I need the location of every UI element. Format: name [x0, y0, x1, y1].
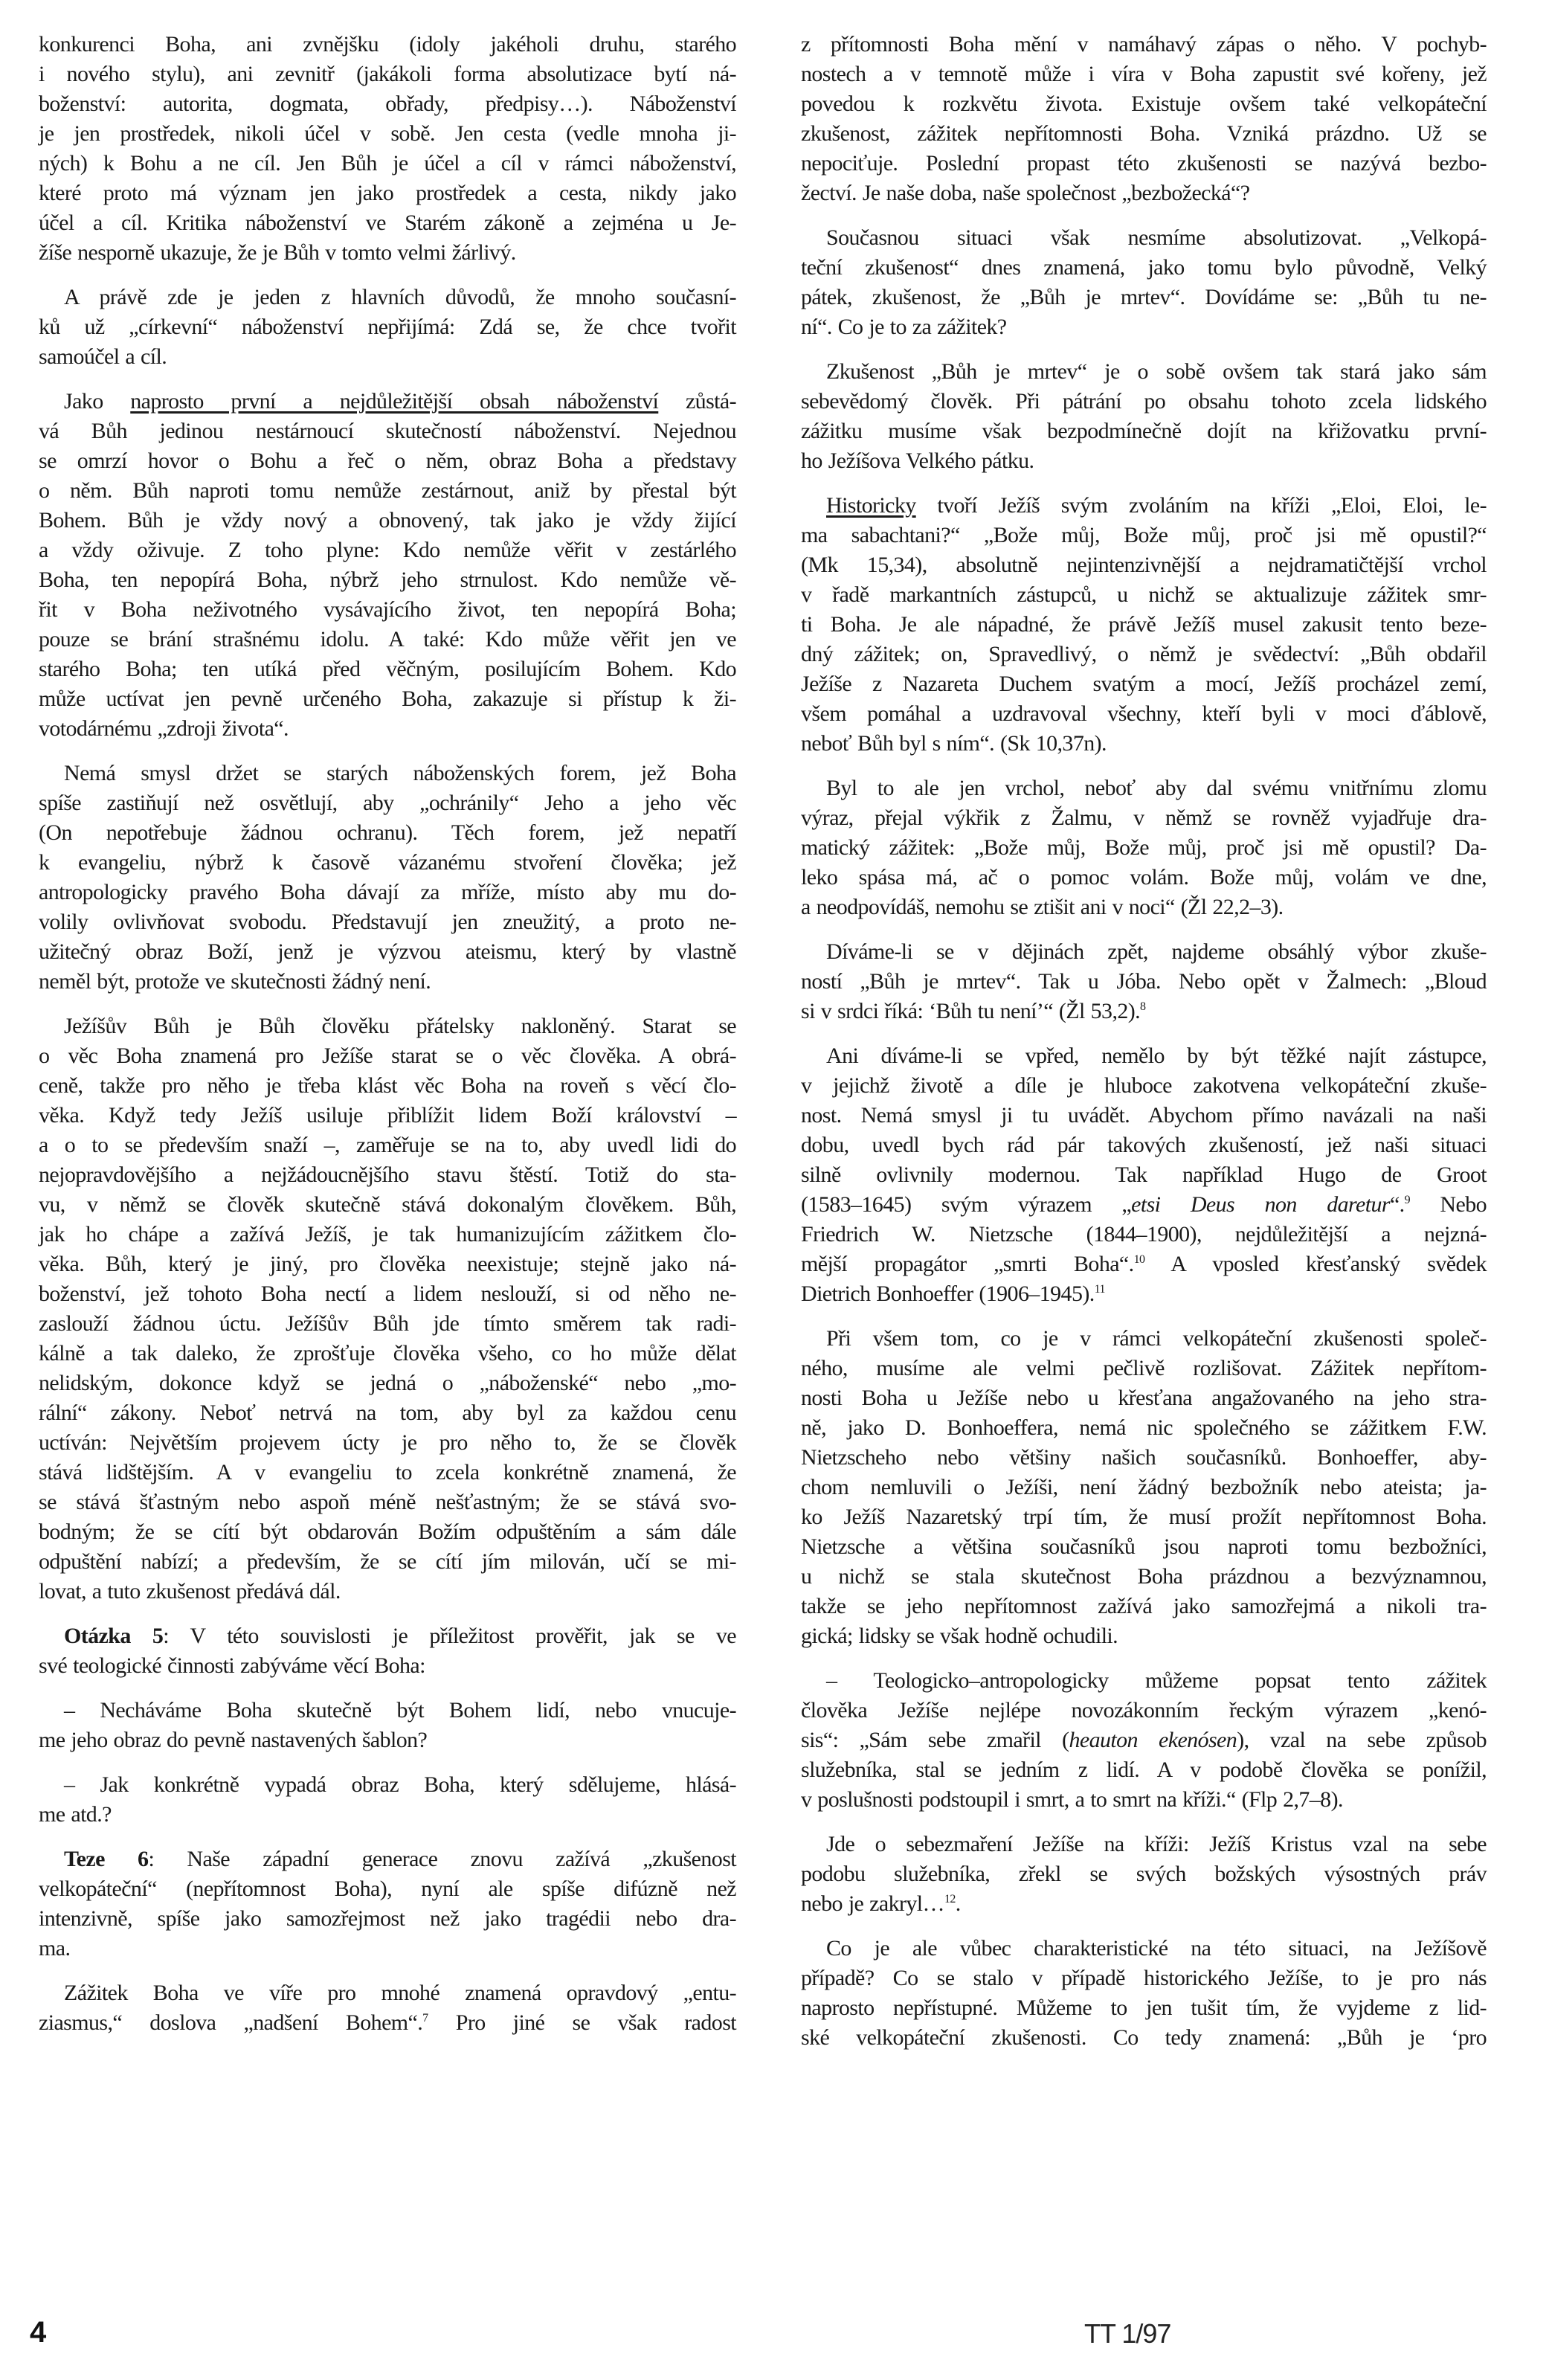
text-line: a o to se především snaží –, zaměřuje se…: [39, 1130, 736, 1160]
text-run: zůstá-: [658, 389, 736, 414]
text-line: z přítomnosti Boha mění v namáhavý zápas…: [801, 30, 1487, 59]
paragraph: Zážitek Boha ve víře pro mnohé znamená o…: [39, 1978, 736, 2038]
text-line: vu, v němž se člověk skutečně stává doko…: [39, 1190, 736, 1220]
text-line: ziasmus,“ doslova „nadšení Bohem“.7 Pro …: [39, 2008, 736, 2038]
text-line: výraz, přejal výkřik z Žalmu, v němž se …: [801, 803, 1487, 833]
paragraph: Byl to ale jen vrchol, neboť aby dal své…: [801, 773, 1487, 922]
text-line: ma.: [39, 1934, 736, 1963]
text-line: účel a cíl. Kritika náboženství ve Staré…: [39, 208, 736, 238]
text-line: nost. Nemá smysl ji tu uvádět. Abychom p…: [801, 1101, 1487, 1130]
text-run: .: [956, 1891, 961, 1916]
text-line: Ježíše z Nazareta Duchem svatým a mocí, …: [801, 669, 1487, 699]
text-line: nebo je zakryl…12.: [801, 1889, 1487, 1919]
text-line: nepociťuje. Poslední propast této zkušen…: [801, 149, 1487, 178]
text-line: jak ho chápe a zažívá Ježíš, je tak huma…: [39, 1220, 736, 1249]
text-line: případě? Co se stalo v případě historick…: [801, 1963, 1487, 1993]
text-line: spíše zastiňují než osvětlují, aby „ochr…: [39, 788, 736, 818]
text-line: neměl být, protože ve skutečnosti žádný …: [39, 967, 736, 997]
right-column: z přítomnosti Boha mění v namáhavý zápas…: [801, 30, 1487, 2068]
text-line: starého Boha; ten utíká před věčným, pos…: [39, 654, 736, 684]
text-line: kálně a tak daleko, že zprošťuje člověka…: [39, 1339, 736, 1368]
text-line: se omrzí hovor o Bohu a řeč o něm, obraz…: [39, 446, 736, 476]
text-line: votodárnému „zdroji života“.: [39, 714, 736, 744]
text-line: (On nepotřebuje žádnou ochranu). Těch fo…: [39, 818, 736, 848]
paragraph: konkurenci Boha, ani zvnějšku (idoly jak…: [39, 30, 736, 268]
paragraph: z přítomnosti Boha mění v namáhavý zápas…: [801, 30, 1487, 208]
paragraph: Nemá smysl držet se starých náboženských…: [39, 759, 736, 997]
paragraph: A právě zde je jeden z hlavních důvodů, …: [39, 283, 736, 372]
text-line: antropologicky pravého Boha dávají za mř…: [39, 878, 736, 907]
text-line: ko Ježíš Nazaretský trpí tím, že musí pr…: [801, 1502, 1487, 1532]
text-line: uctíván: Největším projevem úcty je pro …: [39, 1428, 736, 1458]
text-line: k evangeliu, nýbrž k časově vázanému stv…: [39, 848, 736, 878]
text-line: Zkušenost „Bůh je mrtev“ je o sobě ovšem…: [801, 357, 1487, 387]
text-line: je jen prostředek, nikoli účel v sobě. J…: [39, 119, 736, 149]
question-paragraph: Otázka 5: V této souvislosti je příležit…: [39, 1621, 736, 1681]
text-line: zážitku musíme však bezpodmínečně dojít …: [801, 416, 1487, 446]
text-run: sis“: „Sám sebe zmařil (: [801, 1728, 1069, 1752]
text-run: ziasmus,“ doslova „nadšení Bohem“.: [39, 2010, 422, 2035]
text-line: Při všem tom, co je v rámci velkopáteční…: [801, 1324, 1487, 1354]
text-line: člověka Ježíše nejlépe novozákonním řeck…: [801, 1696, 1487, 1725]
text-run: tvoří Ježíš svým zvoláním na kříži „Eloi…: [916, 493, 1487, 518]
text-line: které proto má význam jen jako prostřede…: [39, 178, 736, 208]
text-line: (1583–1645) svým výrazem „etsi Deus non …: [801, 1190, 1487, 1220]
text-line: o něm. Bůh naproti tomu nemůže zestárnou…: [39, 476, 736, 506]
text-line: a neodpovídáš, nemohu se ztišit ani v no…: [801, 892, 1487, 922]
text-line: ně, jako D. Bonhoeffera, nemá nic společ…: [801, 1413, 1487, 1443]
text-line: mější propagátor „smrti Boha“.10 A vposl…: [801, 1249, 1487, 1279]
text-line: ného, musíme ale velmi pečlivě rozlišova…: [801, 1354, 1487, 1383]
text-line: boženství, jež tohoto Boha nectí a lidem…: [39, 1279, 736, 1309]
text-line: Současnou situaci však nesmíme absolutiz…: [801, 223, 1487, 253]
text-line: i nového stylu), ani zevnitř (jakákoli f…: [39, 59, 736, 89]
text-line: Jako naprosto první a nejdůležitější obs…: [39, 387, 736, 416]
text-line: své teologické činnosti zabýváme věcí Bo…: [39, 1651, 736, 1681]
footnote-ref: 8: [1140, 1000, 1145, 1013]
text-line: velkopáteční“ (nepřítomnost Boha), nyní …: [39, 1874, 736, 1904]
text-line: lovat, a tuto zkušenost předává dál.: [39, 1577, 736, 1606]
footnote-ref: 12: [944, 1893, 956, 1905]
latin-phrase: etsi Deus non daretur: [1131, 1192, 1390, 1217]
paragraph: Při všem tom, co je v rámci velkopáteční…: [801, 1324, 1487, 1651]
text-line: ných) k Bohu a ne cíl. Jen Bůh je účel a…: [39, 149, 736, 178]
footnote-ref: 9: [1405, 1194, 1410, 1206]
text-line: může uctívat jen pevně určeného Boha, za…: [39, 684, 736, 714]
text-line: nelidským, dokonce když se jedná o „nábo…: [39, 1368, 736, 1398]
paragraph: Jako naprosto první a nejdůležitější obs…: [39, 387, 736, 744]
text-line: sis“: „Sám sebe zmařil (heauton ekenósen…: [801, 1725, 1487, 1755]
text-line: bodným; že se cítí být obdarován Božím o…: [39, 1517, 736, 1547]
text-run: Jako: [64, 389, 130, 414]
text-line: ností „Bůh je mrtev“. Tak u Jóba. Nebo o…: [801, 967, 1487, 997]
text-line: Byl to ale jen vrchol, neboť aby dal své…: [801, 773, 1487, 803]
paragraph: Zkušenost „Bůh je mrtev“ je o sobě ovšem…: [801, 357, 1487, 476]
text-run: mější propagátor „smrti Boha“.: [801, 1252, 1134, 1276]
text-line: takže se jeho nepřítomnost zažívá jako s…: [801, 1592, 1487, 1621]
text-line: konkurenci Boha, ani zvnějšku (idoly jak…: [39, 30, 736, 59]
text-line: matický zážitek: „Bože můj, Bože můj, pr…: [801, 833, 1487, 863]
text-line: žíše nesporně ukazuje, že je Bůh v tomto…: [39, 238, 736, 268]
paragraph: – Teologicko–antropologicky můžeme popsa…: [801, 1666, 1487, 1815]
text-line: se stává šťastným nebo aspoň méně nešťas…: [39, 1487, 736, 1517]
text-line: Boha, ten nepopírá Boha, nýbrž jeho strn…: [39, 565, 736, 595]
text-line: služebníka, stal se jedním z lidí. A v p…: [801, 1755, 1487, 1785]
text-run: “.: [1390, 1192, 1405, 1217]
text-line: ma sabachtani?“ „Bože můj, Bože můj, pro…: [801, 521, 1487, 550]
text-line: Teze 6: Naše západní generace znovu zaží…: [39, 1844, 736, 1874]
text-line: ti Boha. Je ale nápadné, že právě Ježíš …: [801, 610, 1487, 640]
text-run: (1583–1645) svým výrazem „: [801, 1192, 1131, 1217]
text-line: u nichž se stala skutečnost Boha prázdno…: [801, 1562, 1487, 1592]
text-line: věka. Bůh, který je jiný, pro člověka ne…: [39, 1249, 736, 1279]
text-line: podobu služebníka, zřekl se svých božský…: [801, 1859, 1487, 1889]
text-line: (Mk 15,34), absolutně nejintenzivnější a…: [801, 550, 1487, 580]
text-line: povedou k rozkvětu života. Existuje ovše…: [801, 89, 1487, 119]
text-line: neboť Bůh byl s ním“. (Sk 10,37n).: [801, 729, 1487, 759]
text-run: Nebo: [1410, 1192, 1487, 1217]
text-line: užitečný obraz Boží, jenž je výzvou atei…: [39, 937, 736, 967]
text-line: si v srdci říká: ‘Bůh tu není’“ (Žl 53,2…: [801, 997, 1487, 1026]
text-line: Otázka 5: V této souvislosti je příležit…: [39, 1621, 736, 1651]
text-line: – Teologicko–antropologicky můžeme popsa…: [801, 1666, 1487, 1696]
text-line: teční zkušenost“ dnes znamená, jako tomu…: [801, 253, 1487, 283]
text-line: pátek, zkušenost, že „Bůh je mrtev“. Dov…: [801, 283, 1487, 312]
text-line: sebevědomý člověk. Při pátrání po obsahu…: [801, 387, 1487, 416]
text-line: v jejichž životě a díle je hluboce zakot…: [801, 1071, 1487, 1101]
paragraph: Současnou situaci však nesmíme absolutiz…: [801, 223, 1487, 342]
text-line: gická; lidsky se však hodně ochudili.: [801, 1621, 1487, 1651]
text-line: – Jak konkrétně vypadá obraz Boha, který…: [39, 1770, 736, 1800]
text-line: Bohem. Bůh je vždy nový a obnovený, tak …: [39, 506, 736, 535]
paragraph: Co je ale vůbec charakteristické na této…: [801, 1934, 1487, 2053]
text-line: zaslouží žádnou úctu. Ježíšův Bůh jde tí…: [39, 1309, 736, 1339]
text-line: rální“ zákony. Neboť netrvá na tom, aby …: [39, 1398, 736, 1428]
text-run: : V této souvislosti je příležitost prov…: [163, 1624, 736, 1648]
paragraph: Díváme-li se v dějinách zpět, najdeme ob…: [801, 937, 1487, 1026]
text-run: Dietrich Bonhoeffer (1906–1945).: [801, 1281, 1095, 1306]
thesis-paragraph: Teze 6: Naše západní generace znovu zaží…: [39, 1844, 736, 1963]
paragraph: Historicky tvoří Ježíš svým zvoláním na …: [801, 491, 1487, 759]
text-line: stává lidštějším. A v evangeliu to zcela…: [39, 1458, 736, 1487]
text-line: a vždy oživuje. Z toho plyne: Kdo nemůže…: [39, 535, 736, 565]
text-line: dobu, uvedl bych rád pár takových zkušen…: [801, 1130, 1487, 1160]
text-line: odpuštění nabízí; a především, že se cít…: [39, 1547, 736, 1577]
paragraph: – Jak konkrétně vypadá obraz Boha, který…: [39, 1770, 736, 1830]
text-line: Nietzscheho nebo většiny našich současní…: [801, 1443, 1487, 1473]
footnote-ref: 10: [1134, 1253, 1145, 1266]
question-label: Otázka 5: [64, 1624, 163, 1648]
text-line: v řadě markantních zástupců, u nichž se …: [801, 580, 1487, 610]
text-line: ské velkopáteční zkušenosti. Co tedy zna…: [801, 2023, 1487, 2053]
text-line: silně ovlivnily modernou. Tak například …: [801, 1160, 1487, 1190]
text-line: – Necháváme Boha skutečně být Bohem lidí…: [39, 1696, 736, 1725]
text-line: chom nemluvili o Ježíši, není žádný bezb…: [801, 1473, 1487, 1502]
underlined-word: Historicky: [826, 493, 916, 518]
page-number: 4: [30, 2315, 46, 2350]
text-line: ho Ježíšova Velkého pátku.: [801, 446, 1487, 476]
text-line: dný zážitek; on, Spravedlivý, o němž je …: [801, 640, 1487, 669]
text-line: Ježíšův Bůh je Bůh člověku přátelsky nak…: [39, 1011, 736, 1041]
text-line: samoúčel a cíl.: [39, 342, 736, 372]
text-line: Co je ale vůbec charakteristické na této…: [801, 1934, 1487, 1963]
text-line: Nietzsche a většina současníků jsou napr…: [801, 1532, 1487, 1562]
text-line: me jeho obraz do pevně nastavených šablo…: [39, 1725, 736, 1755]
text-run: nebo je zakryl…: [801, 1891, 944, 1916]
text-line: zkušenost, zážitek nepřítomnosti Boha. V…: [801, 119, 1487, 149]
left-column: konkurenci Boha, ani zvnějšku (idoly jak…: [39, 30, 736, 2053]
text-line: Friedrich W. Nietzsche (1844–1900), nejd…: [801, 1220, 1487, 1249]
footnote-ref: 7: [422, 2012, 428, 2024]
text-line: ceně, takže pro něho je třeba klást věc …: [39, 1071, 736, 1101]
text-line: nosti Boha u Ježíše nebo u křesťana anga…: [801, 1383, 1487, 1413]
text-line: řit v Boha neživotného vysávajícího živo…: [39, 595, 736, 625]
text-line: Jde o sebezmaření Ježíše na kříži: Ježíš…: [801, 1830, 1487, 1859]
text-line: pouze se brání strašnému idolu. A také: …: [39, 625, 736, 654]
text-line: všem pomáhal a uzdravoval všechny, kteří…: [801, 699, 1487, 729]
text-line: A právě zde je jeden z hlavních důvodů, …: [39, 283, 736, 312]
text-line: nejopravdovějšího a nejžádoucnějšího sta…: [39, 1160, 736, 1190]
text-line: Ani díváme-li se vpřed, nemělo by být tě…: [801, 1041, 1487, 1071]
issue-label: TT 1/97: [1084, 2318, 1170, 2350]
text-line: leko spása má, ač o pomoc volám. Bože mů…: [801, 863, 1487, 892]
paragraph: Ježíšův Bůh je Bůh člověku přátelsky nak…: [39, 1011, 736, 1606]
text-line: žectví. Je naše doba, naše společnost „b…: [801, 178, 1487, 208]
text-line: o věc Boha znamená pro Ježíše starat se …: [39, 1041, 736, 1071]
text-line: v poslušnosti podstoupil i smrt, a to sm…: [801, 1785, 1487, 1815]
text-line: věka. Když tedy Ježíš usiluje přiblížit …: [39, 1101, 736, 1130]
text-line: Nemá smysl držet se starých náboženských…: [39, 759, 736, 788]
text-line: naprosto nepřístupné. Můžeme to jen tuši…: [801, 1993, 1487, 2023]
text-line: boženství: autorita, dogmata, obřady, př…: [39, 89, 736, 119]
text-run: : Naše západní generace znovu zažívá „zk…: [148, 1847, 736, 1871]
text-line: ní“. Co je to za zážitek?: [801, 312, 1487, 342]
thesis-label: Teze 6: [64, 1847, 148, 1871]
text-run: si v srdci říká: ‘Bůh tu není’“ (Žl 53,2…: [801, 999, 1140, 1023]
text-line: Zážitek Boha ve víře pro mnohé znamená o…: [39, 1978, 736, 2008]
paragraph: Jde o sebezmaření Ježíše na kříži: Ježíš…: [801, 1830, 1487, 1919]
paragraph: – Necháváme Boha skutečně být Bohem lidí…: [39, 1696, 736, 1755]
paragraph: Ani díváme-li se vpřed, nemělo by být tě…: [801, 1041, 1487, 1309]
underlined-phrase: naprosto první a nejdůležitější obsah ná…: [130, 389, 658, 414]
greek-phrase: heauton ekenósen: [1069, 1728, 1237, 1752]
text-run: [428, 2010, 456, 2035]
text-line: ků už „církevní“ náboženství nepřijímá: …: [39, 312, 736, 342]
text-line: Historicky tvoří Ježíš svým zvoláním na …: [801, 491, 1487, 521]
text-line: intenzivně, spíše jako samozřejmost než …: [39, 1904, 736, 1934]
text-line: nostech a v temnotě může i víra v Boha z…: [801, 59, 1487, 89]
text-run: ), vzal na sebe způsob: [1237, 1728, 1487, 1752]
text-line: Díváme-li se v dějinách zpět, najdeme ob…: [801, 937, 1487, 967]
text-line: Dietrich Bonhoeffer (1906–1945).11: [801, 1279, 1487, 1309]
text-run: Pro jiné se však radost: [456, 2010, 736, 2035]
text-line: volily ovlivňovat svobodu. Představují j…: [39, 907, 736, 937]
text-line: vá Bůh jedinou nestárnoucí skutečností n…: [39, 416, 736, 446]
document-page: konkurenci Boha, ani zvnějšku (idoly jak…: [0, 0, 1549, 2380]
footnote-ref: 11: [1095, 1283, 1105, 1296]
text-line: me atd.?: [39, 1800, 736, 1830]
text-run: A vposled křesťanský svědek: [1144, 1252, 1487, 1276]
